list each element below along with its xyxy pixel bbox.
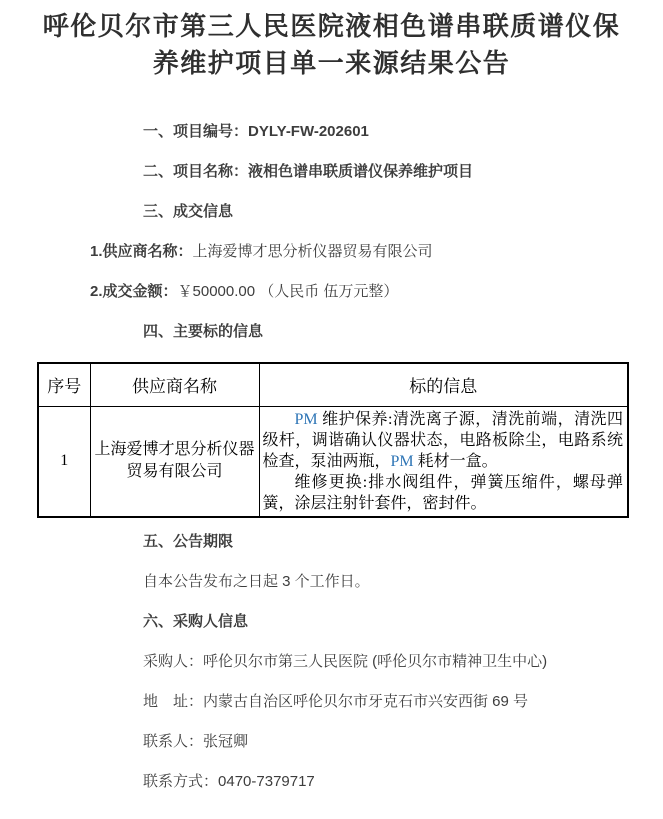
section-heading-project-number: 一、项目编号：DYLY-FW-202601 xyxy=(143,122,663,142)
address-label: 地 址： xyxy=(143,693,203,710)
project-name-label: 二、项目名称： xyxy=(143,163,248,180)
project-name-value: 液相色谱串联质谱仪保养维护项目 xyxy=(248,163,473,180)
section-heading-notice-period: 五、公告期限 xyxy=(143,532,663,552)
section-heading-main-target: 四、主要标的信息 xyxy=(143,322,663,342)
page-title-line2: 养维护项目单一来源结果公告 xyxy=(0,45,663,82)
cell-target-info: PM 维护保养:清洗离子源，清洗前端，清洗四级杆，调谐确认仪器状态，电路板除尘，… xyxy=(259,406,628,517)
announcement-page: 呼伦贝尔市第三人民医院液相色谱串联质谱仪保 养维护项目单一来源结果公告 一、项目… xyxy=(0,0,663,819)
contact-phone-label: 联系方式： xyxy=(143,773,218,790)
project-number-value: DYLY-FW-202601 xyxy=(248,123,369,140)
cell-row-index: 1 xyxy=(38,406,90,517)
address-line: 地 址：内蒙古自治区呼伦贝尔市牙克石市兴安西街 69 号 xyxy=(143,692,663,712)
notice-period-text: 自本公告发布之日起 3 个工作日。 xyxy=(143,572,663,592)
page-title: 呼伦贝尔市第三人民医院液相色谱串联质谱仪保 养维护项目单一来源结果公告 xyxy=(0,0,663,82)
supplier-name-value: 上海爱博才思分析仪器贸易有限公司 xyxy=(193,243,433,260)
purchaser-label: 采购人： xyxy=(143,653,203,670)
table-header-row: 序号 供应商名称 标的信息 xyxy=(38,363,628,406)
contact-person-line: 联系人：张冠卿 xyxy=(143,732,663,752)
col-header-target-info: 标的信息 xyxy=(259,363,628,406)
purchaser-line: 采购人：呼伦贝尔市第三人民医院 (呼伦贝尔市精神卫生中心) xyxy=(143,652,663,672)
deal-amount-line: 2.成交金额：￥50000.00 （人民币 伍万元整） xyxy=(90,282,663,302)
address-value: 内蒙古自治区呼伦贝尔市牙克石市兴安西街 69 号 xyxy=(203,693,528,710)
section-heading-purchaser-info: 六、采购人信息 xyxy=(143,612,663,632)
purchaser-value: 呼伦贝尔市第三人民医院 (呼伦贝尔市精神卫生中心) xyxy=(203,653,547,670)
col-header-index: 序号 xyxy=(38,363,90,406)
target-info-table: 序号 供应商名称 标的信息 1 上海爱博才思分析仪器贸易有限公司 PM 维护保养… xyxy=(37,362,629,518)
supplier-name-label: 1.供应商名称： xyxy=(90,243,193,260)
deal-amount-value: ￥50000.00 （人民币 伍万元整） xyxy=(178,283,399,300)
contact-phone-line: 联系方式：0470-7379717 xyxy=(143,772,663,792)
col-header-supplier: 供应商名称 xyxy=(90,363,259,406)
supplier-name-line: 1.供应商名称：上海爱博才思分析仪器贸易有限公司 xyxy=(90,242,663,262)
cell-supplier-name: 上海爱博才思分析仪器贸易有限公司 xyxy=(90,406,259,517)
deal-amount-label: 2.成交金额： xyxy=(90,283,178,300)
contact-phone-value: 0470-7379717 xyxy=(218,773,315,790)
section-heading-project-name: 二、项目名称：液相色谱串联质谱仪保养维护项目 xyxy=(143,162,663,182)
page-title-line1: 呼伦贝尔市第三人民医院液相色谱串联质谱仪保 xyxy=(0,8,663,45)
contact-person-label: 联系人： xyxy=(143,733,203,750)
project-number-label: 一、项目编号： xyxy=(143,123,248,140)
section-heading-deal-info: 三、成交信息 xyxy=(143,202,663,222)
contact-person-value: 张冠卿 xyxy=(203,733,248,750)
table-row: 1 上海爱博才思分析仪器贸易有限公司 PM 维护保养:清洗离子源，清洗前端，清洗… xyxy=(38,406,628,517)
